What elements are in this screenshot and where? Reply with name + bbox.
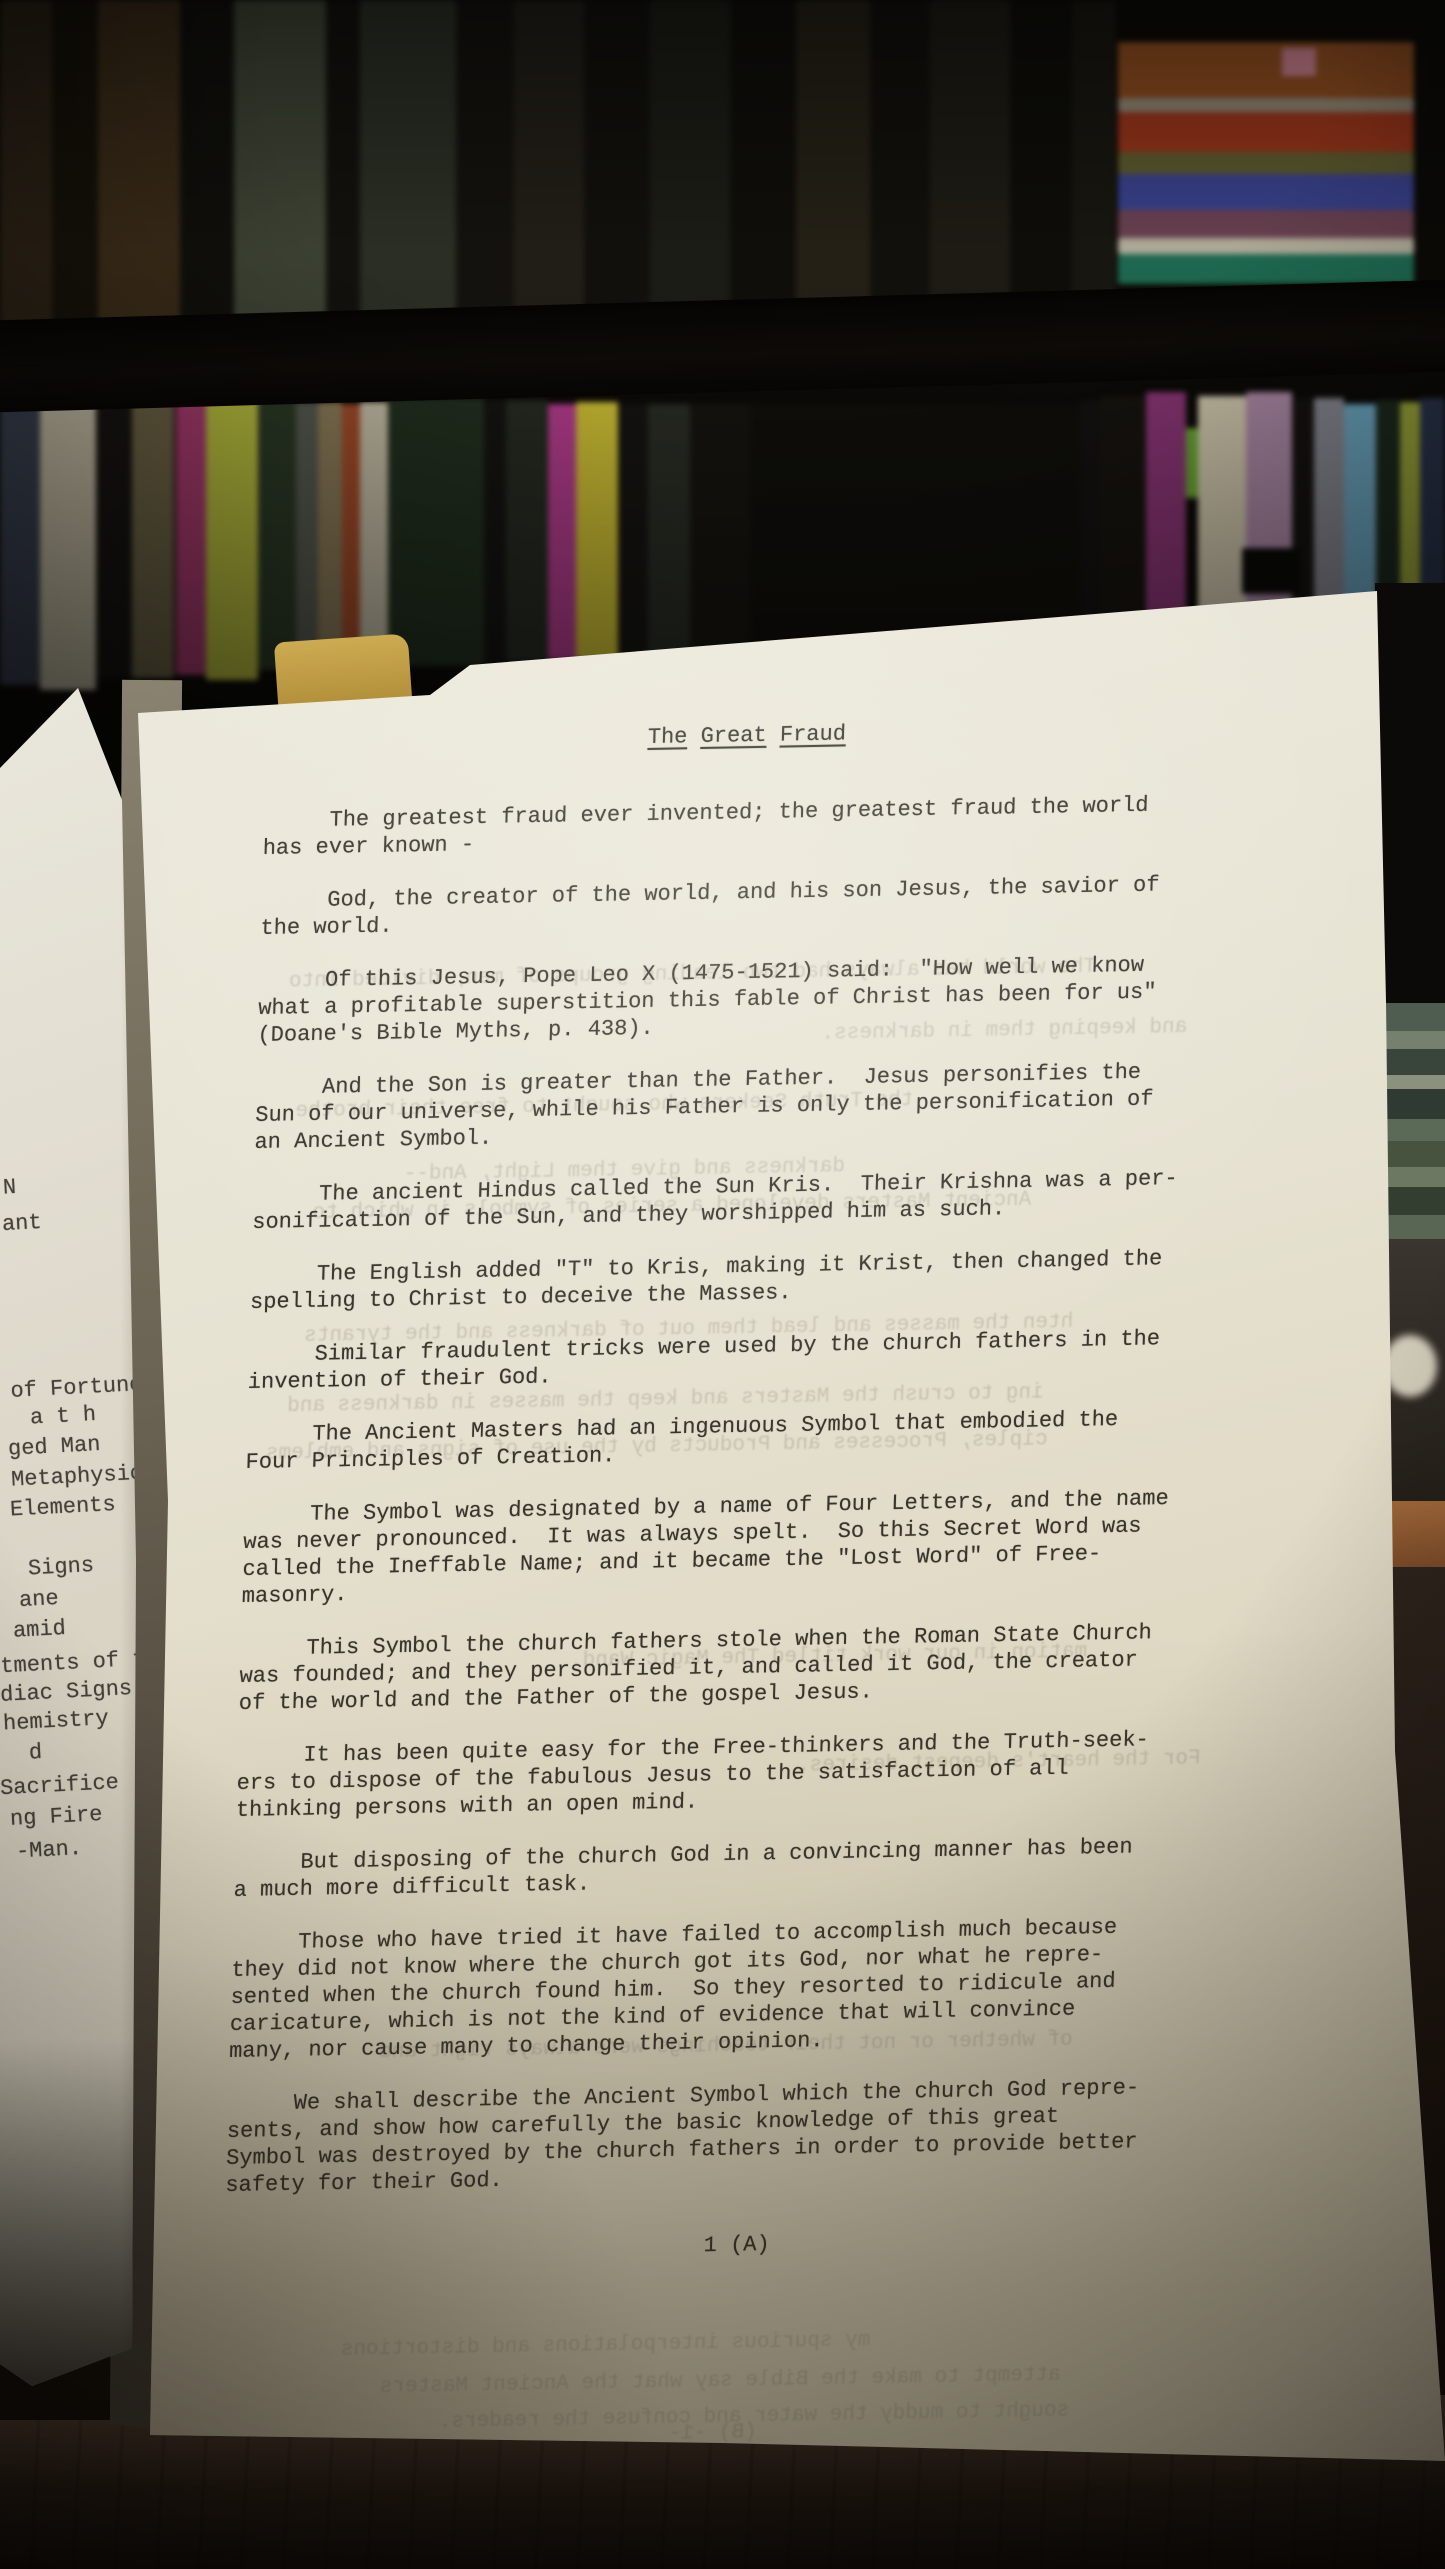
bleedthrough-text: my spurious interpolations and distortio… xyxy=(340,2329,870,2362)
facing-page-fragment: ng Fire xyxy=(9,1802,103,1832)
bleedthrough-text: attempt to make the Bible say what the A… xyxy=(379,2364,1061,2399)
page-number: 1 (A) xyxy=(223,2223,1186,2268)
paragraph: The Ancient Masters had an ingenuous Sym… xyxy=(245,1404,1209,1476)
paragraph: It has been quite easy for the Free-thin… xyxy=(235,1725,1200,1824)
facing-page-fragment: Sacrifice xyxy=(0,1770,120,1801)
paragraph: But disposing of the church God in a con… xyxy=(233,1832,1197,1904)
paragraph: Similar fraudulent tricks were used by t… xyxy=(247,1324,1211,1396)
facing-page-fragment: amid xyxy=(13,1616,67,1644)
paragraph: We shall describe the Ancient Symbol whi… xyxy=(225,2073,1191,2199)
facing-page-fragment: -Man. xyxy=(15,1836,82,1864)
facing-page-fragment: d xyxy=(28,1740,42,1766)
facing-page-fragment: diac Signs xyxy=(0,1676,133,1708)
typed-content: The Great Fraud The greatest fraud ever … xyxy=(223,713,1228,2268)
facing-page-fragment: hemistry xyxy=(3,1706,110,1736)
paragraph: The Symbol was designated by a name of F… xyxy=(241,1484,1207,1610)
paragraph: This Symbol the church fathers stole whe… xyxy=(238,1618,1203,1717)
paragraph: And the Son is greater than the Father. … xyxy=(254,1057,1219,1156)
facing-page-fragment: l of Fortune xyxy=(0,1372,143,1405)
document-page: The world has always had two leading gro… xyxy=(128,583,1445,2475)
facing-page-fragment: ged Man xyxy=(7,1432,101,1462)
paragraph: The greatest fraud ever invented; the gr… xyxy=(262,790,1226,862)
paragraph: The ancient Hindus called the Sun Kris. … xyxy=(252,1164,1216,1236)
paragraph: Of this Jesus, Pope Leo X (1475-1521) sa… xyxy=(257,950,1222,1049)
facing-page-fragment: N xyxy=(2,1175,16,1201)
document-body: The greatest fraud ever invented; the gr… xyxy=(225,790,1226,2199)
manila-paper xyxy=(274,633,412,708)
page-title: The Great Fraud xyxy=(265,713,1228,758)
bleedthrough-text: (B) -1- xyxy=(668,2421,757,2446)
paragraph: God, the creator of the world, and his s… xyxy=(260,870,1224,942)
facing-page-fragment: ant xyxy=(2,1210,43,1237)
facing-page-fragment: Signs xyxy=(27,1553,94,1581)
paragraph: Those who have tried it have failed to a… xyxy=(229,1912,1195,2065)
photo-scene: Nantl of Fortunea t hged ManMetaphysicsE… xyxy=(0,0,1445,2569)
facing-page-fragment: a t h xyxy=(29,1402,96,1430)
bleedthrough-text: sought to muddy the water and confuse th… xyxy=(438,2399,1069,2434)
facing-page-fragment: ane xyxy=(19,1586,60,1613)
facing-page-fragment: Elements xyxy=(10,1492,117,1522)
paragraph: The English added "T" to Kris, making it… xyxy=(250,1244,1214,1316)
white-object xyxy=(1383,1335,1437,1397)
